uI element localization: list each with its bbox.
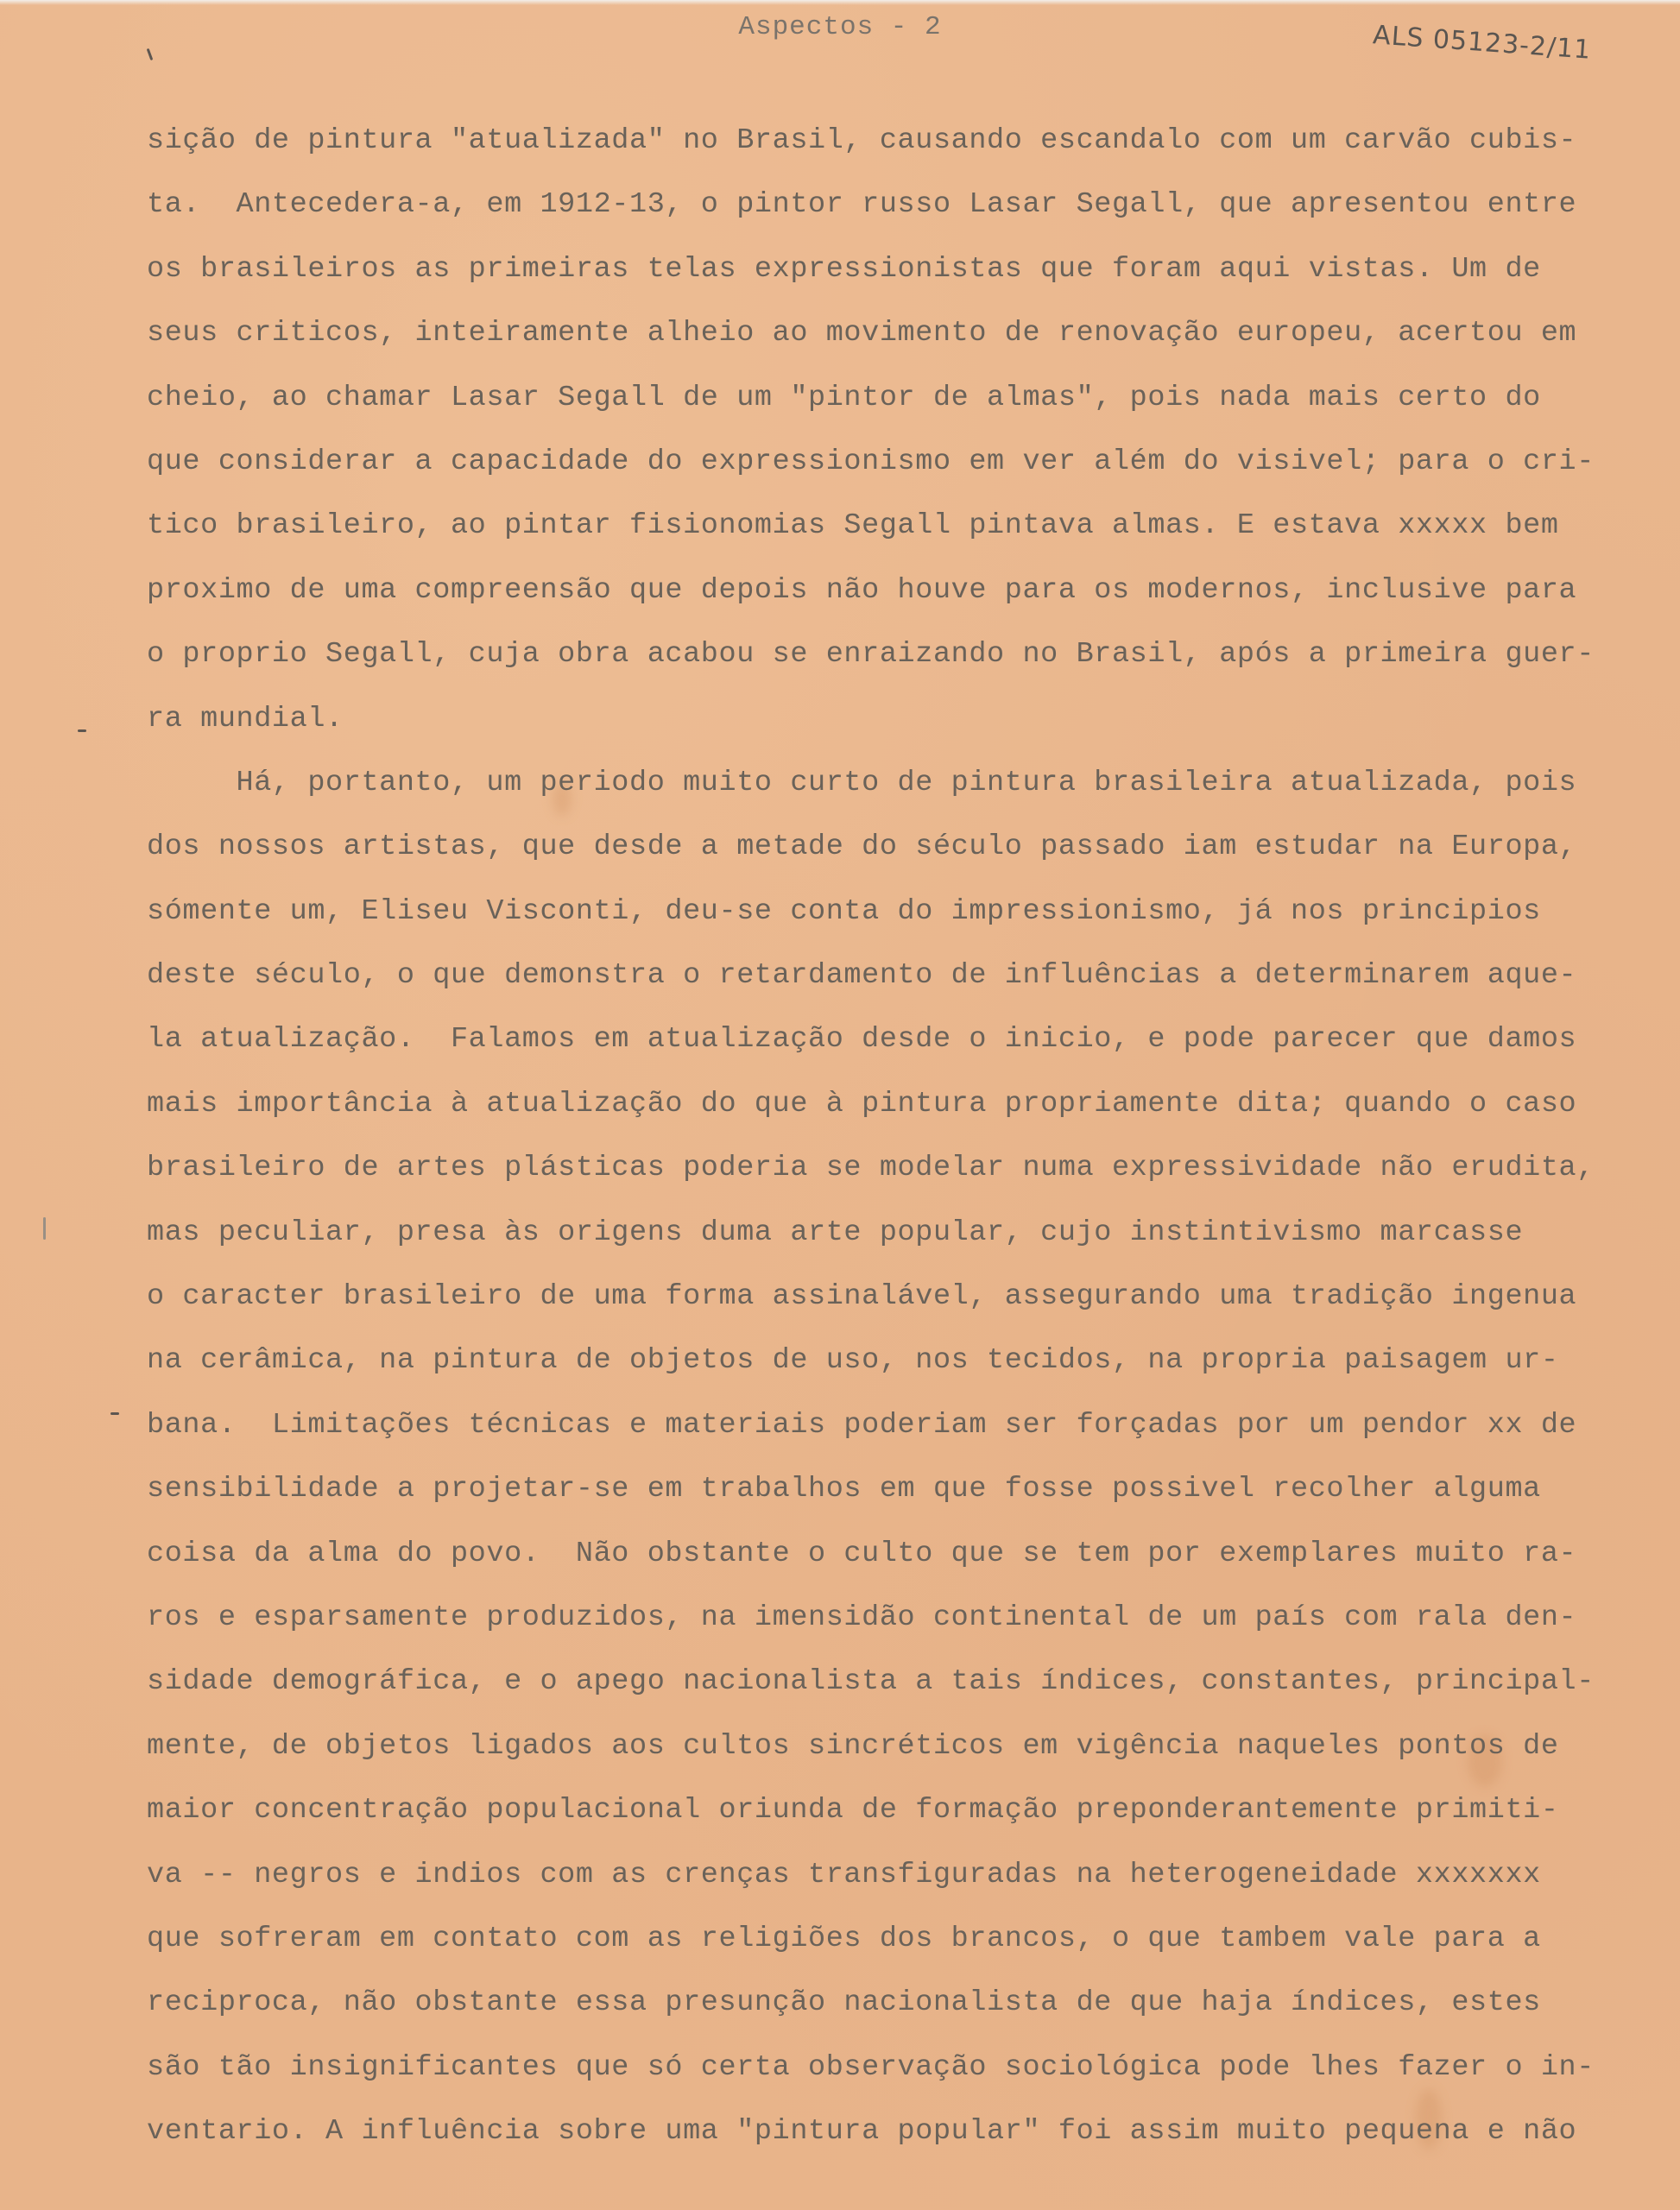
text-line: mas peculiar, presa às origens duma arte…	[147, 1211, 1666, 1275]
text-line: o proprio Segall, cuja obra acabou se en…	[147, 633, 1666, 697]
text-line: Há, portanto, um periodo muito curto de …	[147, 761, 1666, 825]
text-line: ros e esparsamente produzidos, na imensi…	[147, 1596, 1666, 1660]
text-line: na cerâmica, na pintura de objetos de us…	[147, 1339, 1666, 1403]
text-line: maior concentração populacional oriunda …	[147, 1789, 1666, 1853]
text-line: brasileiro de artes plásticas poderia se…	[147, 1146, 1666, 1210]
text-line: bana. Limitações técnicas e materiais po…	[147, 1404, 1666, 1468]
margin-tick-mark	[111, 1412, 119, 1415]
text-line: la atualização. Falamos em atualização d…	[147, 1018, 1666, 1082]
text-line: ra mundial.	[147, 698, 1666, 761]
paper-top-edge	[0, 0, 1680, 5]
text-line: deste século, o que demonstra o retardam…	[147, 954, 1666, 1018]
text-line: mente, de objetos ligados aos cultos sin…	[147, 1725, 1666, 1789]
text-line: dos nossos artistas, que desde a metade …	[147, 825, 1666, 889]
text-line: reciproca, não obstante essa presunção n…	[147, 1981, 1666, 2045]
text-line: seus criticos, inteiramente alheio ao mo…	[147, 312, 1666, 376]
text-line: ta. Antecedera-a, em 1912-13, o pintor r…	[147, 183, 1666, 247]
typewritten-text-body: sição de pintura "atualizada" no Brasil,…	[147, 119, 1666, 2175]
text-line: cheio, ao chamar Lasar Segall de um "pin…	[147, 376, 1666, 440]
text-line: os brasileiros as primeiras telas expres…	[147, 248, 1666, 312]
text-line: sidade demográfica, e o apego nacionalis…	[147, 1660, 1666, 1724]
margin-tick-mark	[78, 729, 86, 732]
text-line: que sofreram em contato com as religiões…	[147, 1917, 1666, 1981]
text-line: mais importância à atualização do que à …	[147, 1083, 1666, 1146]
text-line: o caracter brasileiro de uma forma assin…	[147, 1275, 1666, 1339]
text-line: coisa da alma do povo. Não obstante o cu…	[147, 1532, 1666, 1596]
text-line: ventario. A influência sobre uma "pintur…	[147, 2110, 1666, 2174]
text-line: que considerar a capacidade do expressio…	[147, 440, 1666, 504]
text-line: sição de pintura "atualizada" no Brasil,…	[147, 119, 1666, 183]
text-line: va -- negros e indios com as crenças tra…	[147, 1853, 1666, 1917]
text-line: sensibilidade a projetar-se em trabalhos…	[147, 1468, 1666, 1531]
text-line: sómente um, Eliseu Visconti, deu-se cont…	[147, 890, 1666, 954]
margin-tick-mark	[43, 1217, 46, 1240]
text-line: proximo de uma compreensão que depois nã…	[147, 569, 1666, 633]
text-line: tico brasileiro, ao pintar fisionomias S…	[147, 504, 1666, 568]
margin-tick-mark	[147, 48, 154, 60]
text-line: são tão insignificantes que só certa obs…	[147, 2046, 1666, 2110]
